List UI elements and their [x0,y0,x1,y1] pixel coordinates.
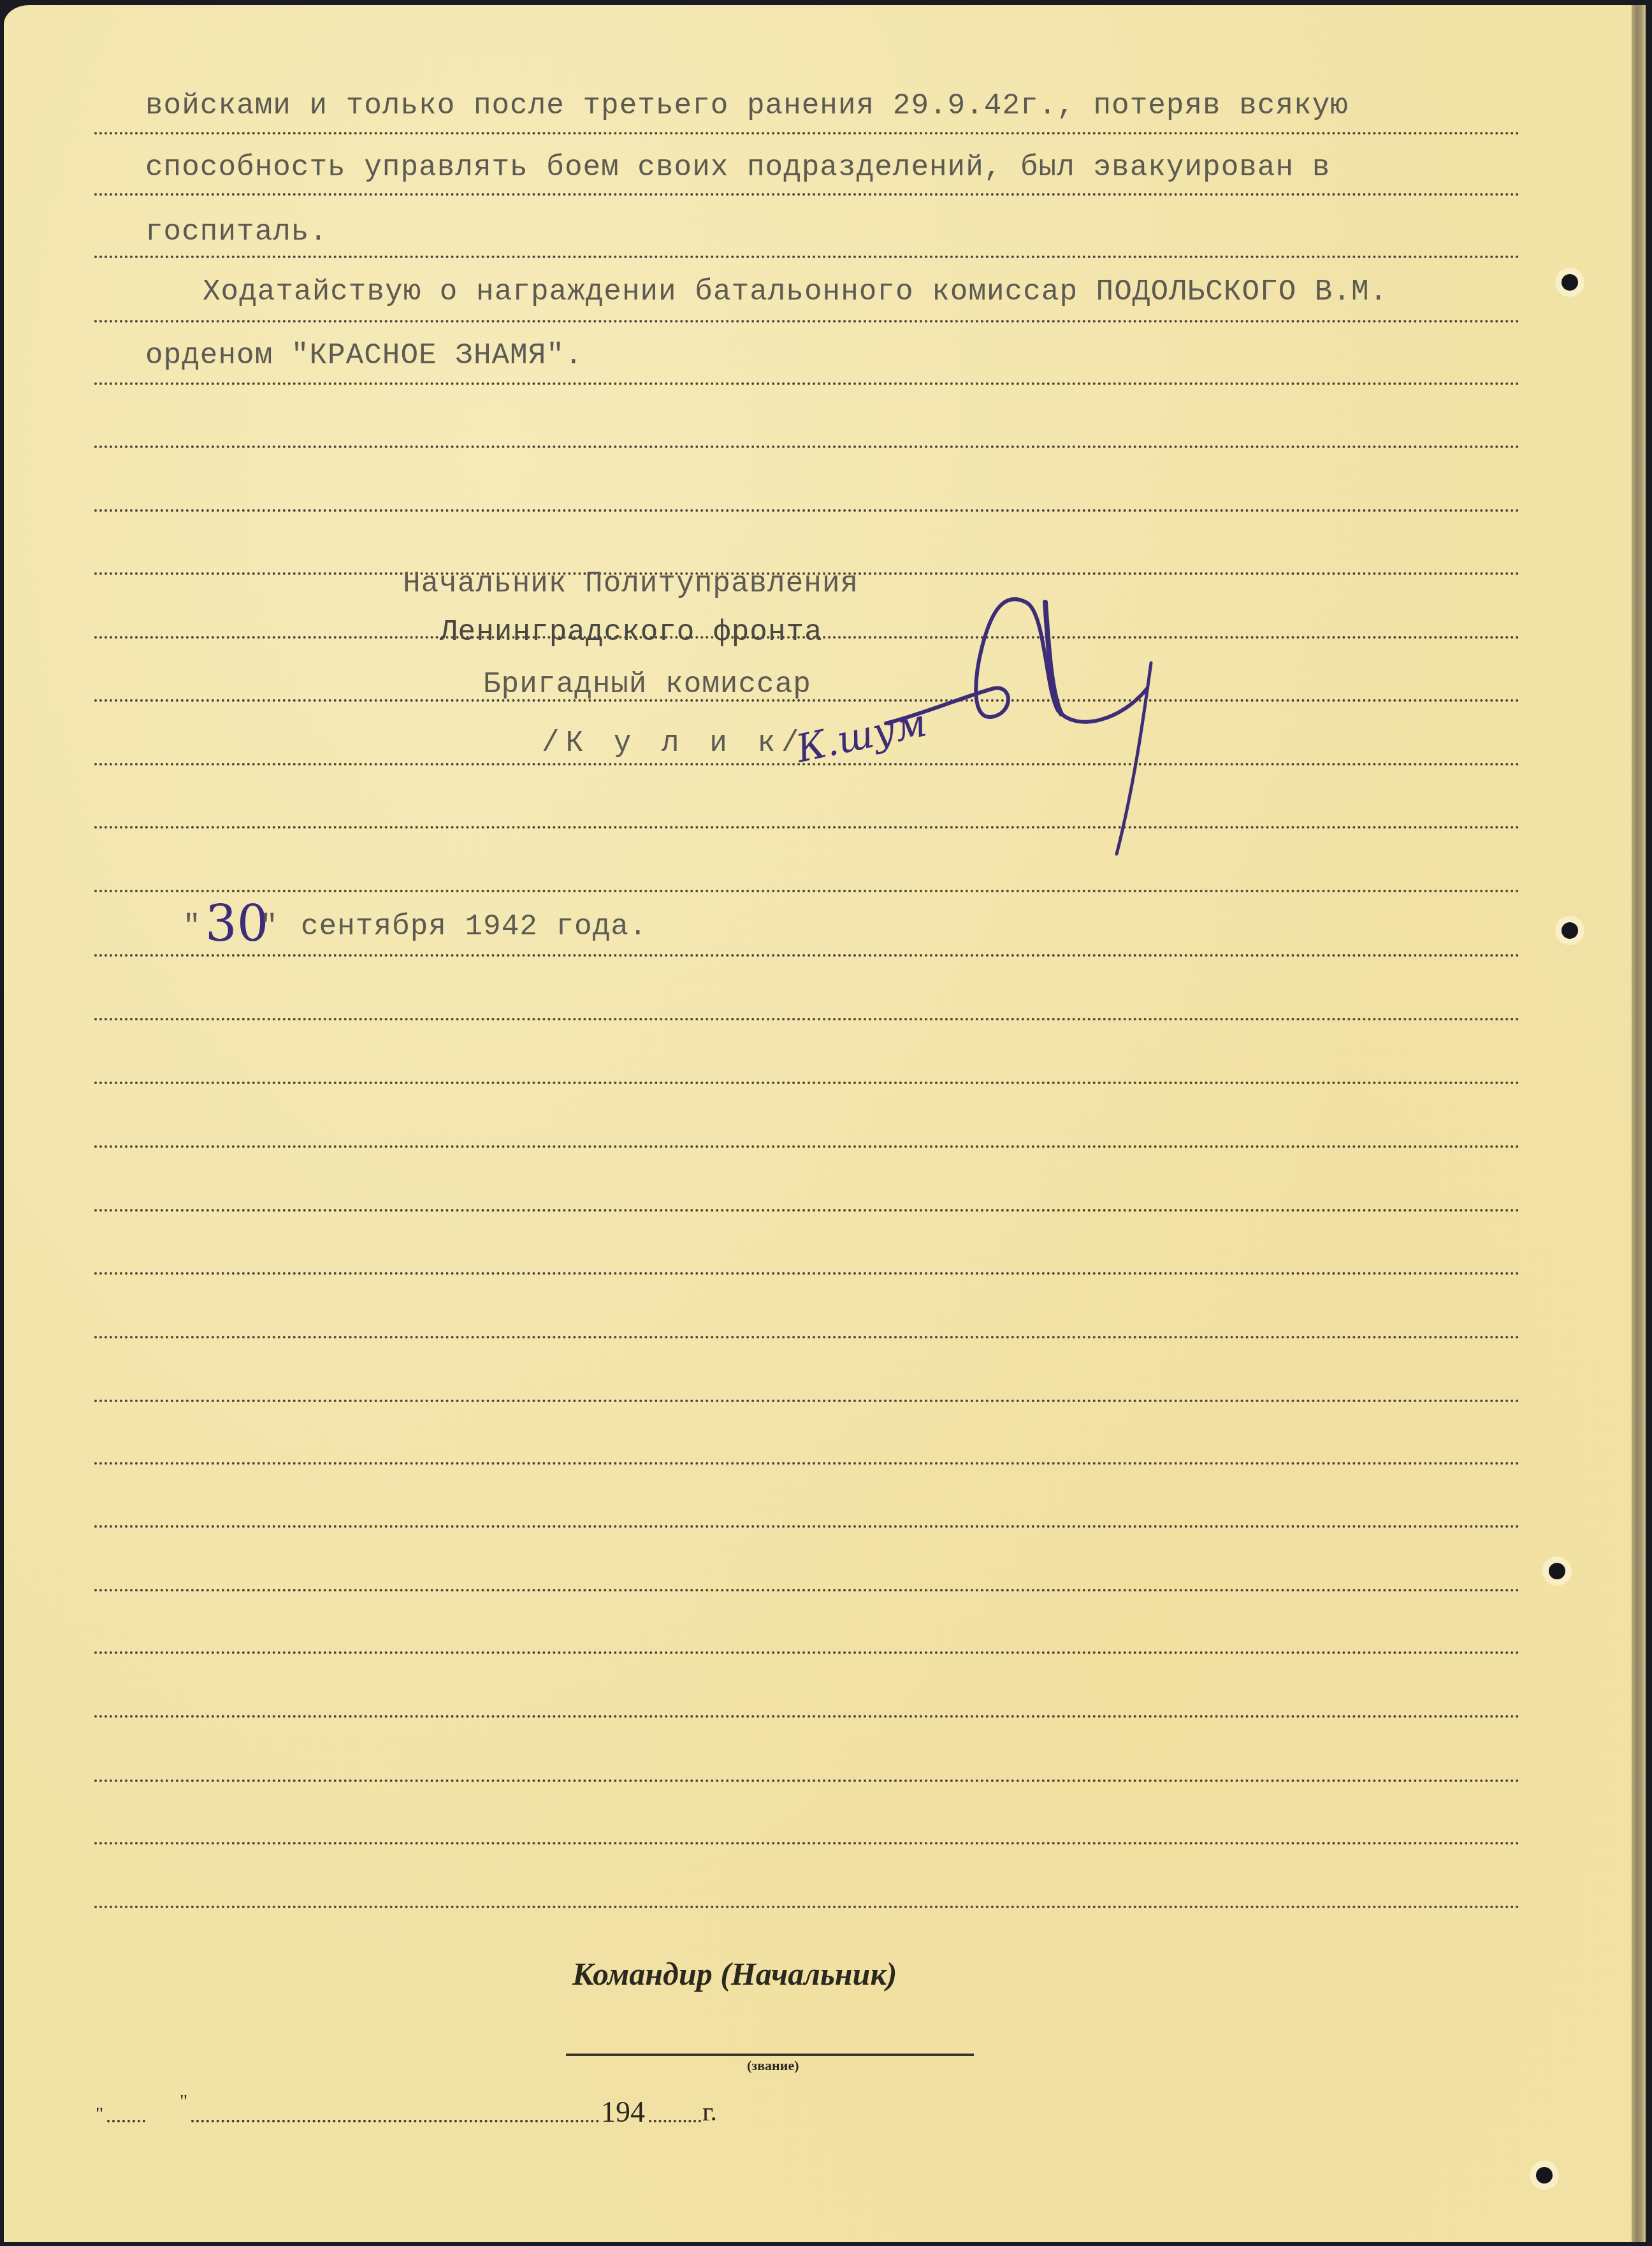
page-edge [1632,5,1646,2242]
date-day-handwritten: 30 [205,895,268,953]
footer-year-prefix: 194 [601,2095,645,2129]
rule-line [94,1336,1520,1338]
petition-line-1: Ходатайствую о награждении батальонного … [203,275,1388,308]
punch-hole-icon [1536,2167,1553,2184]
rule-line [94,1145,1520,1148]
rule-line [94,1082,1520,1084]
body-line-3: госпиталь. [145,215,328,249]
footer-date-quote-open: " [96,2103,103,2125]
rule-line [94,1400,1520,1402]
rule-line [94,1209,1520,1212]
punch-hole-icon [1561,922,1578,939]
date-quote-open: " [183,910,201,943]
body-line-1: войсками и только после третьего ранения… [145,89,1349,122]
rule-line [94,954,1520,957]
footer-year-line [649,2120,701,2122]
signer-name: /К у л и к/ [542,727,806,760]
petition-line-2: орденом "КРАСНОЕ ЗНАМЯ". [145,339,583,372]
rank-caption: (звание) [747,2057,799,2074]
rule-line [94,256,1520,258]
rule-line [94,1589,1520,1591]
rule-line [94,1462,1520,1465]
signer-title-2: Ленинградского фронта [440,616,823,649]
rule-line [94,1906,1520,1908]
rank-signature-line [566,2054,974,2056]
signer-title-1: Начальник Политуправления [403,567,859,600]
rule-line [94,1018,1520,1020]
rule-line [94,1842,1520,1844]
commander-label: Командир (Начальник) [572,1955,897,1992]
footer-day-line [107,2120,145,2122]
footer-date-quote-close: " [180,2090,187,2112]
rule-line [94,193,1520,196]
rule-line [94,890,1520,892]
rule-line [94,509,1520,512]
rule-line [94,132,1520,134]
rule-line [94,1272,1520,1275]
punch-hole-icon [1549,1563,1565,1579]
rule-line [94,446,1520,448]
rule-line [94,1779,1520,1782]
body-line-2: способность управлять боем своих подразд… [145,151,1330,184]
footer-year-suffix: г. [702,2097,717,2127]
date-quote-close: " [260,910,279,943]
rule-line [94,826,1520,829]
punch-hole-icon [1561,274,1578,291]
rule-line [94,320,1520,322]
footer-month-line [191,2120,599,2122]
signer-rank: Бригадный комиссар [483,668,811,701]
rule-line [94,382,1520,385]
rule-line [94,1715,1520,1718]
rule-line [94,1525,1520,1528]
rule-line [94,1651,1520,1654]
date-text: сентября 1942 года. [301,910,648,943]
